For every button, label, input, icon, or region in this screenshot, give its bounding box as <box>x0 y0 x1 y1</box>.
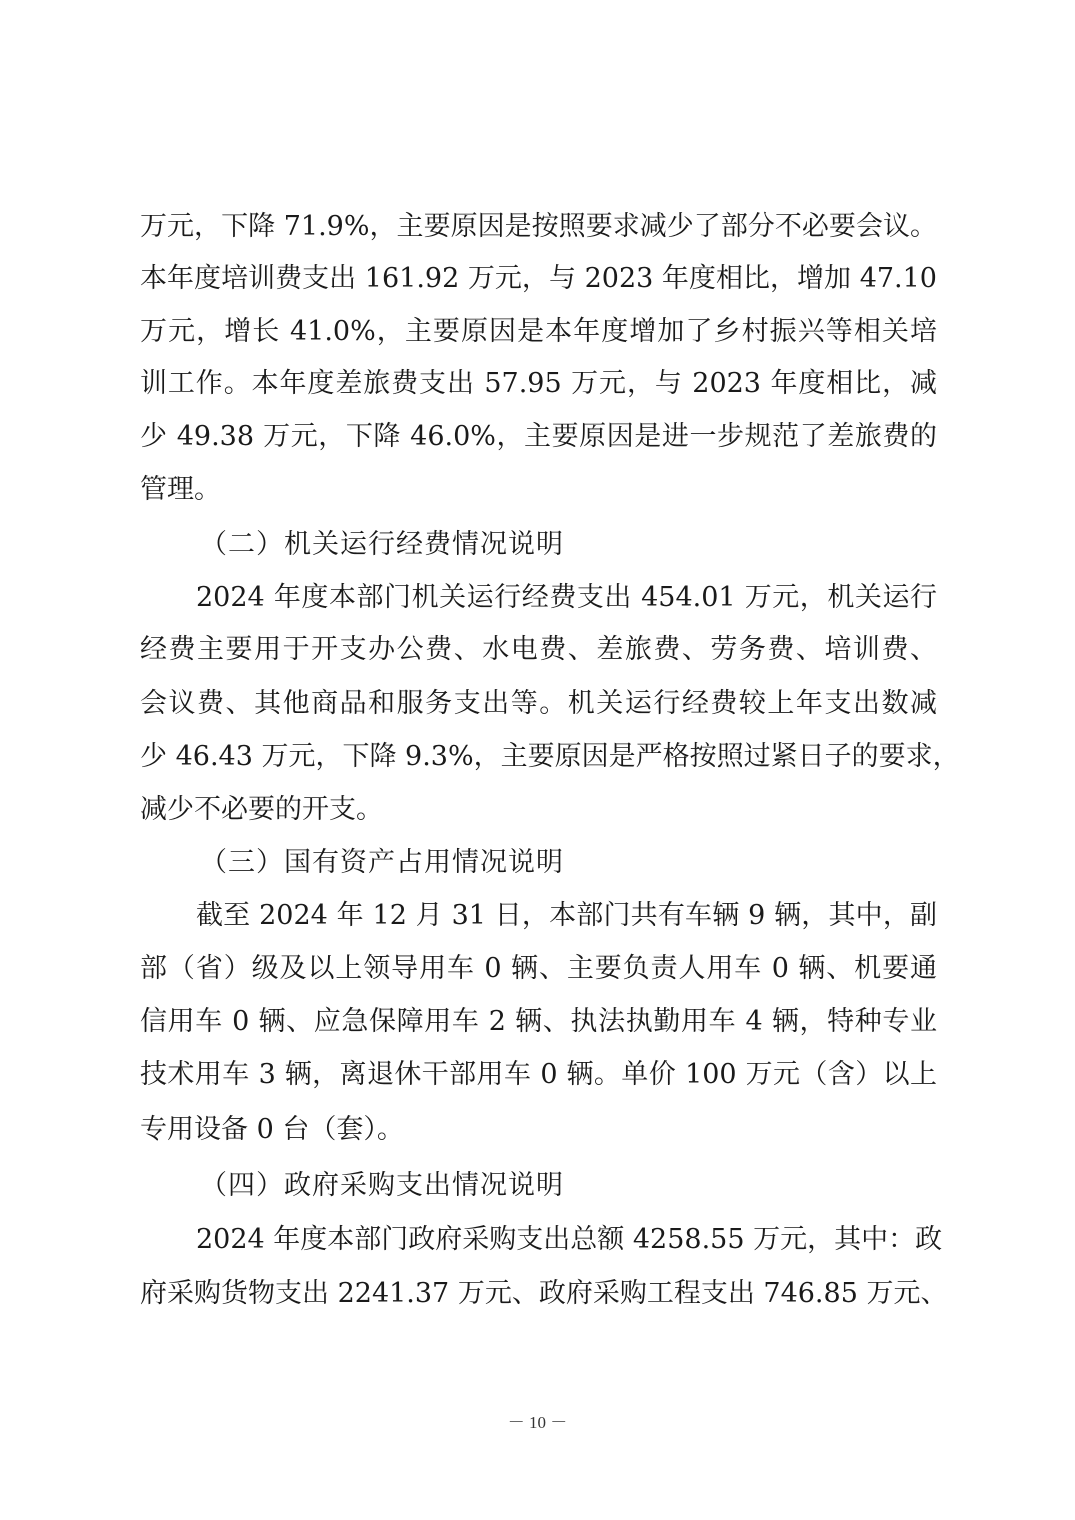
paragraph-line: 管理。 <box>140 470 937 510</box>
document-page: 万元，下降 71.9%，主要原因是按照要求减少了部分不必要会议。 本年度培训费支… <box>0 0 1075 1520</box>
paragraph-line: 信用车 0 辆、应急保障用车 2 辆、执法执勤用车 4 辆，特种专业 <box>140 1002 937 1042</box>
paragraph-line: 2024 年度本部门政府采购支出总额 4258.55 万元，其中：政 <box>196 1220 937 1260</box>
page-number: － 10 － <box>0 1408 1075 1433</box>
paragraph-line: 减少不必要的开支。 <box>140 790 937 830</box>
section-heading-2: （二）机关运行经费情况说明 <box>200 525 564 565</box>
paragraph-line: 万元，增长 41.0%，主要原因是本年度增加了乡村振兴等相关培 <box>140 312 937 352</box>
paragraph-line: 2024 年度本部门机关运行经费支出 454.01 万元，机关运行 <box>196 578 937 618</box>
paragraph-line: 截至 2024 年 12 月 31 日，本部门共有车辆 9 辆，其中，副 <box>196 896 937 936</box>
paragraph-line: 本年度培训费支出 161.92 万元，与 2023 年度相比，增加 47.10 <box>140 259 937 299</box>
paragraph-line: 技术用车 3 辆，离退休干部用车 0 辆。单价 100 万元（含）以上 <box>140 1055 937 1095</box>
paragraph-line: 少 49.38 万元，下降 46.0%，主要原因是进一步规范了差旅费的 <box>140 417 937 457</box>
paragraph-line: 专用设备 0 台（套）。 <box>140 1110 937 1150</box>
paragraph-line: 经费主要用于开支办公费、水电费、差旅费、劳务费、培训费、 <box>140 630 937 670</box>
section-heading-3: （三）国有资产占用情况说明 <box>200 843 564 883</box>
paragraph-line: 训工作。本年度差旅费支出 57.95 万元，与 2023 年度相比，减 <box>140 364 937 404</box>
paragraph-line: 府采购货物支出 2241.37 万元、政府采购工程支出 746.85 万元、 <box>140 1274 937 1314</box>
paragraph-line: 万元，下降 71.9%，主要原因是按照要求减少了部分不必要会议。 <box>140 207 937 247</box>
paragraph-line: 少 46.43 万元，下降 9.3%，主要原因是严格按照过紧日子的要求， <box>140 737 937 777</box>
paragraph-line: 部（省）级及以上领导用车 0 辆、主要负责人用车 0 辆、机要通 <box>140 949 937 989</box>
section-heading-4: （四）政府采购支出情况说明 <box>200 1166 564 1206</box>
paragraph-line: 会议费、其他商品和服务支出等。机关运行经费较上年支出数减 <box>140 684 937 724</box>
